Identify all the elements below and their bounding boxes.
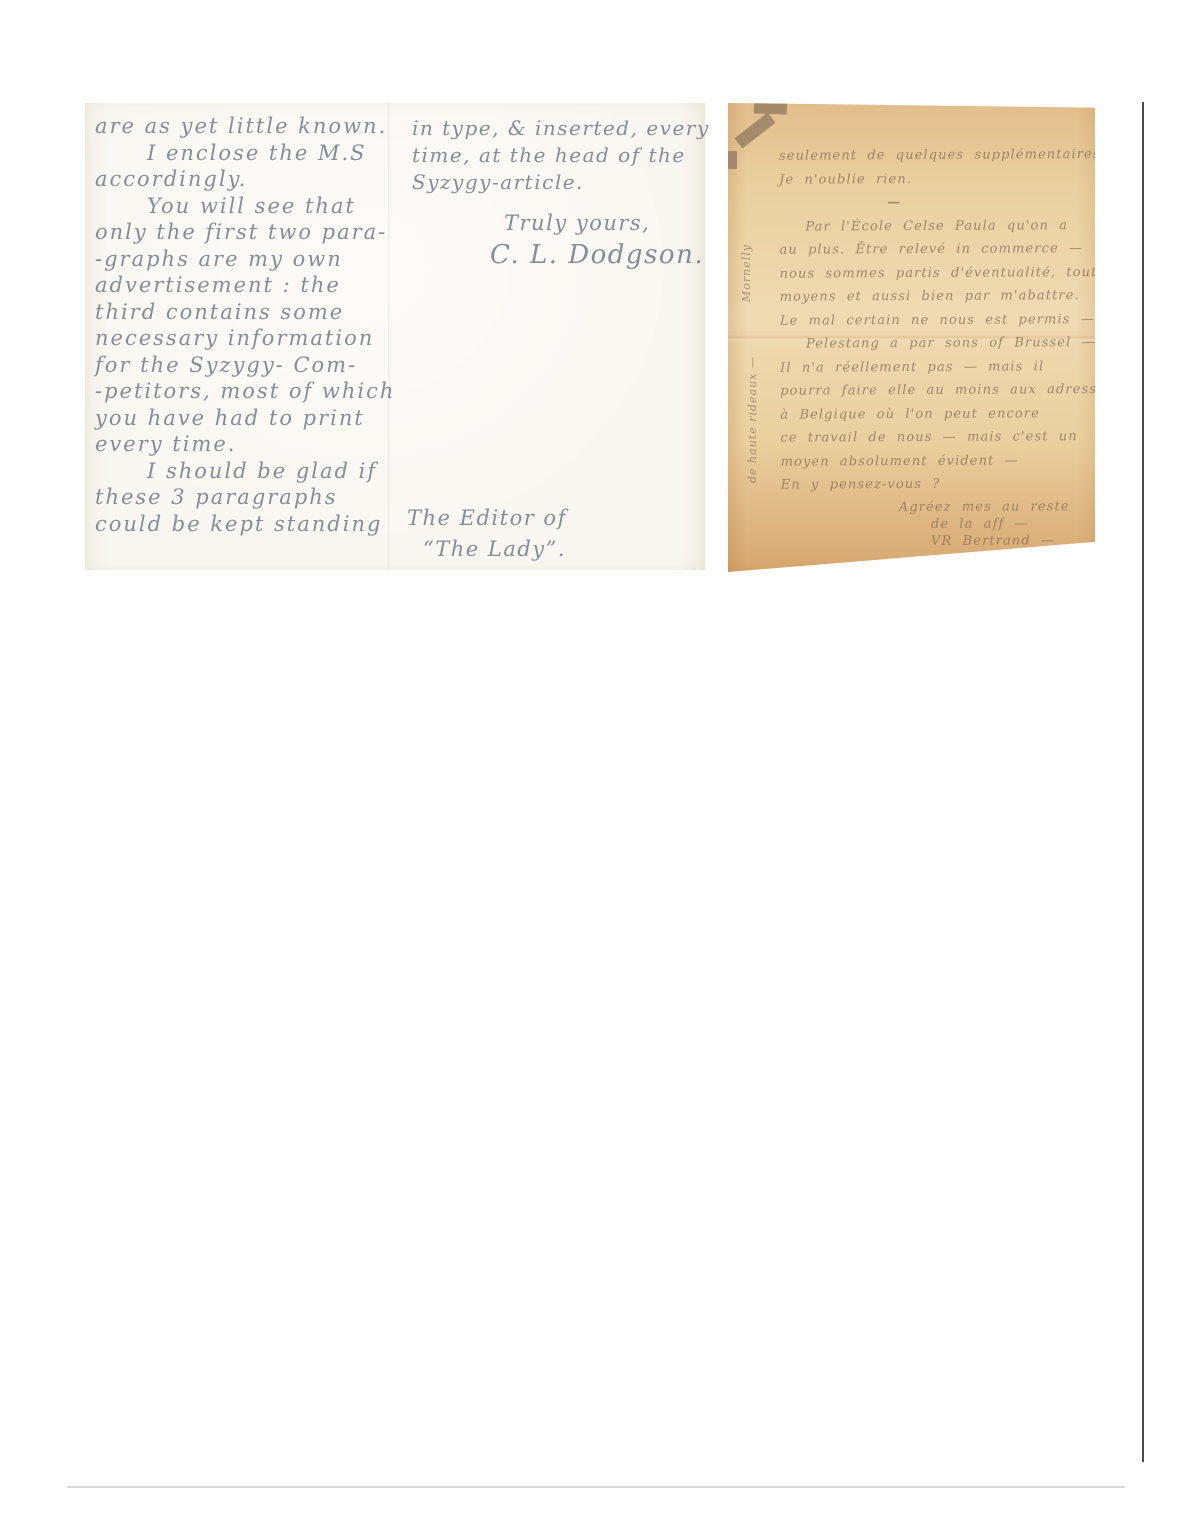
handwriting-line: accordingly.: [95, 166, 400, 193]
letter-addressee: The Editor of “The Lady”.: [407, 503, 567, 565]
bottom-divider-rule: [67, 1486, 1125, 1488]
handwriting-line: -petitors, most of which: [95, 378, 400, 405]
handwriting-line: I enclose the M.S: [95, 140, 400, 167]
handwriting-line: Le mal certain ne nous est permis —: [780, 308, 1095, 333]
handwriting-line: au plus. Être relevé in commerce —: [779, 237, 1094, 262]
handwriting-line: Je n'oublie rien.: [779, 167, 1094, 192]
handwriting-line: moyen absolument évident —: [781, 449, 1096, 474]
vertical-divider-rule: [1142, 102, 1144, 1462]
handwriting-line: necessary information: [95, 325, 400, 352]
valediction: Truly yours,: [412, 210, 702, 237]
handwriting-line: moyens et aussi bien par m'abattre.: [780, 284, 1095, 309]
handwriting-line: Pelestang a par sons of Brussel —: [780, 331, 1095, 356]
handwriting-line: seulement de quelques supplémentaires —: [779, 143, 1094, 168]
page: are as yet little known.I enclose the M.…: [0, 0, 1197, 1538]
handwriting-line: nous sommes partis d'éventualité, tout l…: [780, 261, 1095, 286]
handwriting-line: Agréez mes au reste: [781, 498, 1096, 517]
handwriting-line: for the Syzygy- Com-: [95, 352, 400, 379]
handwriting-line: VR Bertrand —: [781, 532, 1096, 551]
addressee-line: The Editor of: [407, 503, 567, 534]
tape-mark-top: [754, 99, 787, 114]
handwriting-line: every time.: [95, 431, 400, 458]
french-letter-text: seulement de quelques supplémentaires —J…: [727, 143, 1096, 550]
handwriting-line: En y pensez-vous ?: [781, 472, 1096, 497]
handwriting-line: ce travail de nous — mais c'est un: [780, 425, 1095, 450]
handwriting-line: only the first two para-: [95, 219, 400, 246]
handwriting-line: in type, & inserted, every: [412, 115, 702, 142]
handwriting-line: à Belgique où l'on peut encore: [780, 402, 1095, 427]
letter-closing: Truly yours, C. L. Dodgson.: [412, 210, 702, 273]
dodgson-letter-scan: are as yet little known.I enclose the M.…: [85, 103, 705, 570]
handwriting-line: Syzygy-article.: [412, 169, 702, 196]
tape-mark-diagonal: [734, 112, 775, 148]
handwriting-line: are as yet little known.: [95, 113, 400, 140]
addressee-line: “The Lady”.: [407, 534, 567, 565]
handwriting-line: time, at the head of the: [412, 142, 702, 169]
handwriting-line: -graphs are my own: [95, 246, 400, 273]
handwriting-line: pourra faire elle au moins aux adresse: [780, 378, 1095, 403]
dodgson-page2-text: in type, & inserted, everytime, at the h…: [412, 115, 702, 273]
handwriting-line: could be kept standing: [95, 511, 400, 538]
dodgson-page1-text: are as yet little known.I enclose the M.…: [95, 113, 400, 537]
handwriting-line: these 3 paragraphs: [95, 484, 400, 511]
handwriting-line: de la aff —: [781, 515, 1096, 534]
signature: C. L. Dodgson.: [412, 237, 702, 273]
handwriting-line: You will see that: [95, 193, 400, 220]
handwriting-line: Par l'École Celse Paula qu'on a: [779, 214, 1094, 239]
dodgson-page2-lines: in type, & inserted, everytime, at the h…: [412, 115, 702, 196]
handwriting-line: advertisement : the: [95, 272, 400, 299]
handwriting-line: you have had to print: [95, 405, 400, 432]
handwriting-line: —: [779, 190, 1094, 215]
handwriting-line: third contains some: [95, 299, 400, 326]
handwriting-line: I should be glad if: [95, 458, 400, 485]
french-letter-scan: Mornelly de haute rideaux — seulement de…: [728, 102, 1095, 572]
handwriting-line: Il n'a réellement pas — mais il: [780, 355, 1095, 380]
